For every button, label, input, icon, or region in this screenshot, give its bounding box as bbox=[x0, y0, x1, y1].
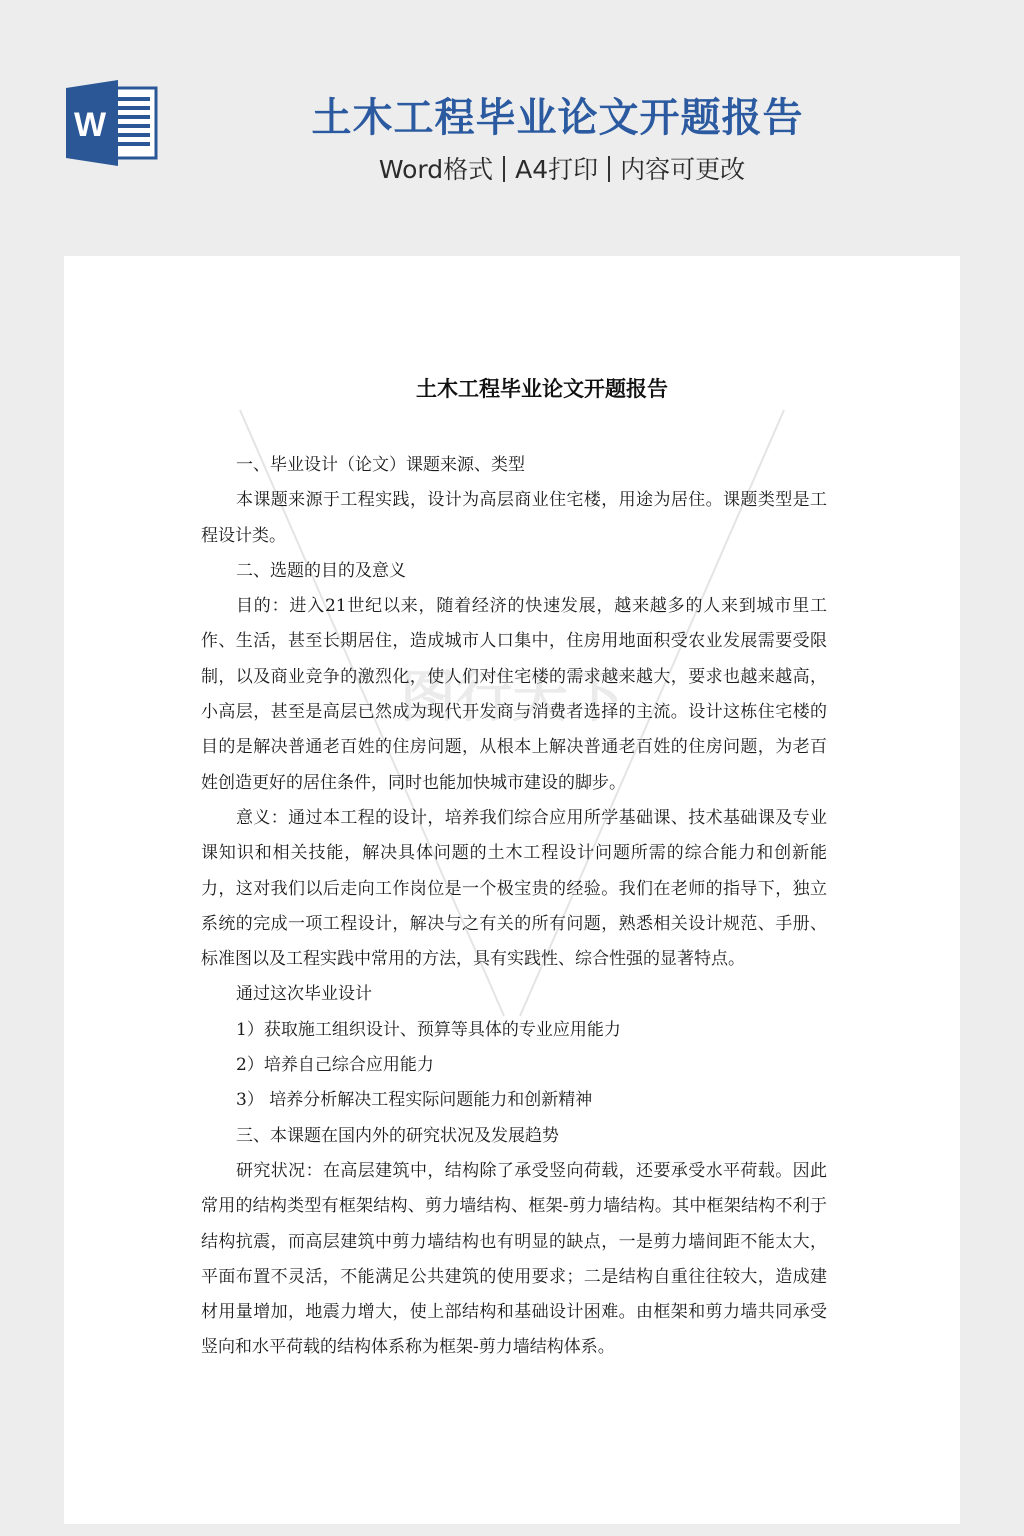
list-item: 1）获取施工组织设计、预算等具体的专业应用能力 bbox=[201, 1013, 827, 1048]
document-title: 土木工程毕业论文开题报告 bbox=[64, 374, 1020, 404]
section-heading-2: 二、选题的目的及意义 bbox=[201, 554, 827, 589]
section-heading-1: 一、毕业设计（论文）课题来源、类型 bbox=[201, 448, 827, 483]
section-heading-3: 三、本课题在国内外的研究状况及发展趋势 bbox=[201, 1119, 827, 1154]
paragraph-significance: 意义：通过本工程的设计，培养我们综合应用所学基础课、技术基础课及专业课知识和相关… bbox=[201, 801, 827, 977]
paragraph-purpose: 目的：进入21世纪以来，随着经济的快速发展，越来越多的人来到城市里工作、生活，甚… bbox=[201, 589, 827, 801]
paragraph-intro-list: 通过这次毕业设计 bbox=[201, 977, 827, 1012]
subtitle-editable: 内容可更改 bbox=[620, 155, 745, 184]
header-banner: W 土木工程毕业论文开题报告 Word格式A4打印内容可更改 bbox=[0, 0, 1024, 256]
subtitle-separator bbox=[608, 156, 610, 182]
subtitle-print: A4打印 bbox=[515, 155, 598, 184]
subtitle-separator bbox=[503, 156, 505, 182]
document-page: 图行天下 土木工程毕业论文开题报告 一、毕业设计（论文）课题来源、类型 本课题来… bbox=[64, 256, 960, 1524]
paragraph-research-status: 研究状况：在高层建筑中，结构除了承受竖向荷载，还要承受水平荷载。因此常用的结构类… bbox=[201, 1154, 827, 1366]
paragraph-source: 本课题来源于工程实践，设计为高层商业住宅楼，用途为居住。课题类型是工程设计类。 bbox=[201, 483, 827, 554]
list-item: 2）培养自己综合应用能力 bbox=[201, 1048, 827, 1083]
subtitle-format: Word格式 bbox=[379, 155, 493, 184]
list-item: 3） 培养分析解决工程实际问题能力和创新精神 bbox=[201, 1083, 827, 1118]
banner-subtitle: Word格式A4打印内容可更改 bbox=[0, 152, 1024, 188]
banner-title: 土木工程毕业论文开题报告 bbox=[0, 92, 1024, 144]
document-body: 一、毕业设计（论文）课题来源、类型 本课题来源于工程实践，设计为高层商业住宅楼，… bbox=[201, 448, 827, 1366]
